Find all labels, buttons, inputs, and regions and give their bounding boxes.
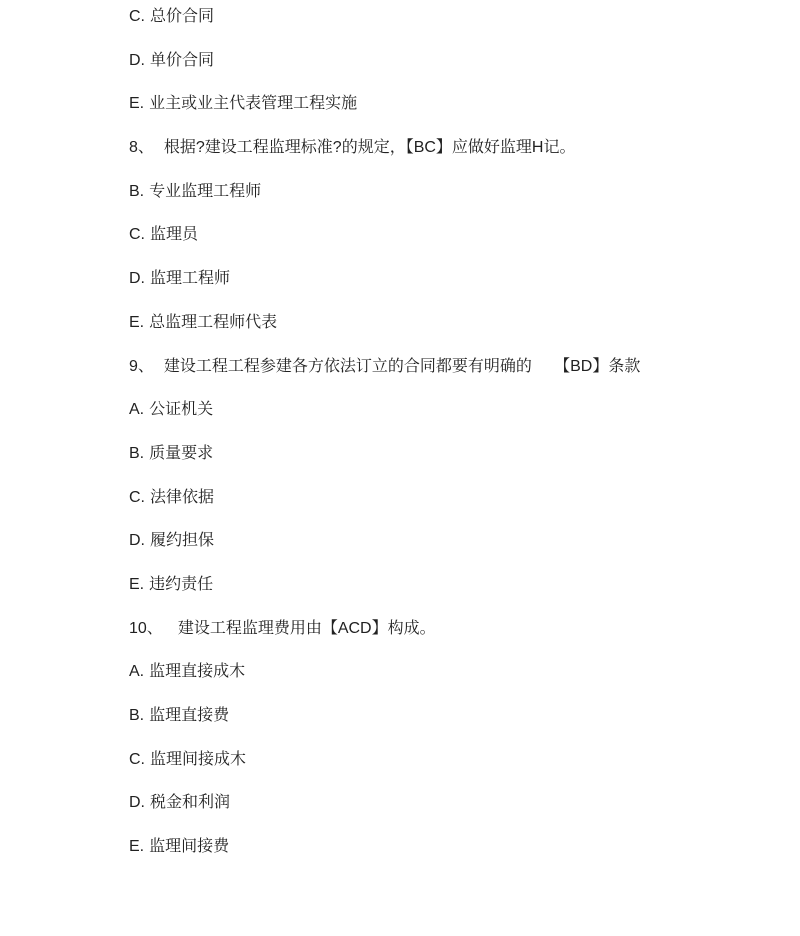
option-text: 专业监理工程师 — [149, 183, 261, 200]
option-line: A.公证机关 — [129, 388, 760, 432]
option-text: 违约责任 — [149, 576, 213, 593]
option-label: E. — [129, 95, 144, 112]
option-text: 总价合同 — [150, 8, 214, 25]
option-text: 监理直接费 — [149, 707, 229, 724]
option-label: B. — [129, 183, 144, 200]
question-text: 建设工程工程参建各方依法订立的合同都要有明确的 【BD】条款 — [164, 358, 640, 375]
option-text: 监理间接成木 — [150, 751, 246, 768]
option-label: A. — [129, 663, 144, 680]
option-text: 总监理工程师代表 — [149, 314, 277, 331]
option-line: D.履约担保 — [129, 519, 760, 563]
question-number: 8、 — [129, 139, 154, 156]
option-line: E.总监理工程师代表 — [129, 301, 760, 345]
question-number: 9、 — [129, 358, 154, 375]
option-text: 监理间接费 — [149, 838, 229, 855]
option-text: 监理工程师 — [150, 270, 230, 287]
option-line: C.监理间接成木 — [129, 738, 760, 782]
option-text: 监理员 — [150, 226, 198, 243]
option-text: 法律依据 — [150, 489, 214, 506]
option-label: B. — [129, 707, 144, 724]
option-label: E. — [129, 838, 144, 855]
option-label: C. — [129, 226, 145, 243]
option-text: 公证机关 — [149, 401, 213, 418]
option-line: E.违约责任 — [129, 563, 760, 607]
question-text: 根据?建设工程监理标准?的规定，【BC】应做好监理H记。 — [164, 139, 576, 156]
option-text: 单价合同 — [150, 52, 214, 69]
option-line: E.监理间接费 — [129, 825, 760, 869]
option-label: D. — [129, 52, 145, 69]
question-number: 10、 — [129, 620, 163, 637]
option-line: D.税金和利润 — [129, 781, 760, 825]
option-line: C.法律依据 — [129, 476, 760, 520]
option-label: D. — [129, 270, 145, 287]
option-label: C. — [129, 751, 145, 768]
option-line: D.监理工程师 — [129, 257, 760, 301]
question-text: 建设工程监理费用由【ACD】构成。 — [178, 620, 436, 637]
option-text: 履约担保 — [150, 532, 214, 549]
option-line: C.总价合同 — [129, 0, 760, 39]
option-label: A. — [129, 401, 144, 418]
option-text: 税金和利润 — [150, 794, 230, 811]
option-text: 监理直接成木 — [149, 663, 245, 680]
option-line: B.质量要求 — [129, 432, 760, 476]
question-line: 10、建设工程监理费用由【ACD】构成。 — [129, 607, 760, 651]
exam-document-page: C.总价合同 D.单价合同 E.业主或业主代表管理工程实施 8、根据?建设工程监… — [0, 0, 800, 931]
option-line: C.监理员 — [129, 213, 760, 257]
question-line: 8、根据?建设工程监理标准?的规定，【BC】应做好监理H记。 — [129, 126, 760, 170]
option-text: 业主或业主代表管理工程实施 — [149, 95, 357, 112]
option-label: C. — [129, 8, 145, 25]
option-label: C. — [129, 489, 145, 506]
option-line: D.单价合同 — [129, 39, 760, 83]
option-label: D. — [129, 532, 145, 549]
option-label: B. — [129, 445, 144, 462]
option-label: D. — [129, 794, 145, 811]
option-line: E.业主或业主代表管理工程实施 — [129, 82, 760, 126]
option-text: 质量要求 — [149, 445, 213, 462]
option-line: A.监理直接成木 — [129, 650, 760, 694]
option-label: E. — [129, 576, 144, 593]
question-line: 9、建设工程工程参建各方依法订立的合同都要有明确的 【BD】条款 — [129, 345, 760, 389]
option-line: B.专业监理工程师 — [129, 170, 760, 214]
option-label: E. — [129, 314, 144, 331]
option-line: B.监理直接费 — [129, 694, 760, 738]
